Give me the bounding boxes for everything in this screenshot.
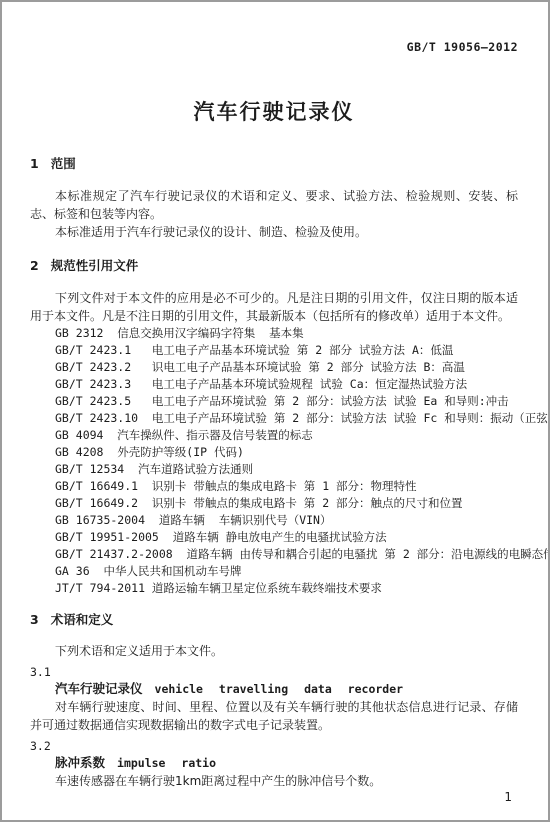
section-number: 1 [30,155,39,173]
term-title: 汽车行驶记录仪vehicle travelling data recorder [30,680,518,698]
reference-item: GB 16735-2004 道路车辆 车辆识别代号（VIN） [30,512,518,529]
document-title: 汽车行驶记录仪 [30,99,518,125]
section-2-heading: 2规范性引用文件 [30,257,518,275]
reference-item: GB/T 2423.5 电工电子产品环境试验 第 2 部分：试验方法 试验 Ea… [30,393,518,410]
term-name-en: vehicle travelling data recorder [155,682,404,696]
term-definition: 车速传感器在车辆行驶1km距离过程中产生的脉冲信号个数。 [30,772,518,790]
term-title: 脉冲系数impulse ratio [30,754,518,772]
reference-item: GB/T 16649.2 识别卡 带触点的集成电路卡 第 2 部分：触点的尺寸和… [30,495,518,512]
section-3-heading: 3术语和定义 [30,611,518,629]
section-1-heading: 1范围 [30,155,518,173]
reference-item: GB/T 12534 汽车道路试验方法通则 [30,461,518,478]
reference-item: GB/T 2423.10 电工电子产品环境试验 第 2 部分：试验方法 试验 F… [30,410,518,427]
section-title: 范围 [51,155,76,173]
document-page: GB/T 19056—2012 汽车行驶记录仪 1范围 本标准规定了汽车行驶记录… [0,0,550,822]
term-number: 3.1 [30,664,518,680]
reference-item: GB 4094 汽车操纵件、指示器及信号装置的标志 [30,427,518,444]
term-number: 3.2 [30,738,518,754]
page-number: 1 [504,790,512,804]
term-entry: 3.2 脉冲系数impulse ratio 车速传感器在车辆行驶1km距离过程中… [30,738,518,790]
reference-item: GB/T 2423.3 电工电子产品基本环境试验规程 试验 Ca：恒定湿热试验方… [30,376,518,393]
term-definition: 对车辆行驶速度、时间、里程、位置以及有关车辆行驶的其他状态信息进行记录、存储并可… [30,698,518,734]
standard-code: GB/T 19056—2012 [30,40,518,54]
section-number: 3 [30,611,39,629]
reference-item: GB/T 2423.1 电工电子产品基本环境试验 第 2 部分 试验方法 A：低… [30,342,518,359]
scope-paragraph: 本标准适用于汽车行驶记录仪的设计、制造、检验及使用。 [30,223,518,241]
reference-item: JT/T 794-2011 道路运输车辆卫星定位系统车载终端技术要求 [30,580,518,597]
scope-paragraph: 本标准规定了汽车行驶记录仪的术语和定义、要求、试验方法、检验规则、安装、标志、标… [30,187,518,223]
section-number: 2 [30,257,39,275]
term-name-zh: 脉冲系数 [55,755,105,770]
reference-item: GB 4208 外壳防护等级(IP 代码) [30,444,518,461]
reference-item: GB/T 2423.2 识电工电子产品基本环境试验 第 2 部分 试验方法 B：… [30,359,518,376]
references-intro-paragraph: 下列文件对于本文件的应用是必不可少的。凡是注日期的引用文件，仅注日期的版本适用于… [30,289,518,325]
term-entry: 3.1 汽车行驶记录仪vehicle travelling data recor… [30,664,518,734]
reference-item: GB/T 19951-2005 道路车辆 静电放电产生的电骚扰试验方法 [30,529,518,546]
reference-item: GB 2312 信息交换用汉字编码字符集 基本集 [30,325,518,342]
term-name-en: impulse ratio [117,756,216,770]
reference-item: GB/T 16649.1 识别卡 带触点的集成电路卡 第 1 部分：物理特性 [30,478,518,495]
section-title: 术语和定义 [51,611,114,629]
term-name-zh: 汽车行驶记录仪 [55,681,143,696]
normative-reference-list: GB 2312 信息交换用汉字编码字符集 基本集 GB/T 2423.1 电工电… [30,325,518,597]
reference-item: GB/T 21437.2-2008 道路车辆 由传导和耦合引起的电骚扰 第 2 … [30,546,518,563]
section-title: 规范性引用文件 [51,257,139,275]
reference-item: GA 36 中华人民共和国机动车号牌 [30,563,518,580]
terms-intro-paragraph: 下列术语和定义适用于本文件。 [30,642,518,660]
